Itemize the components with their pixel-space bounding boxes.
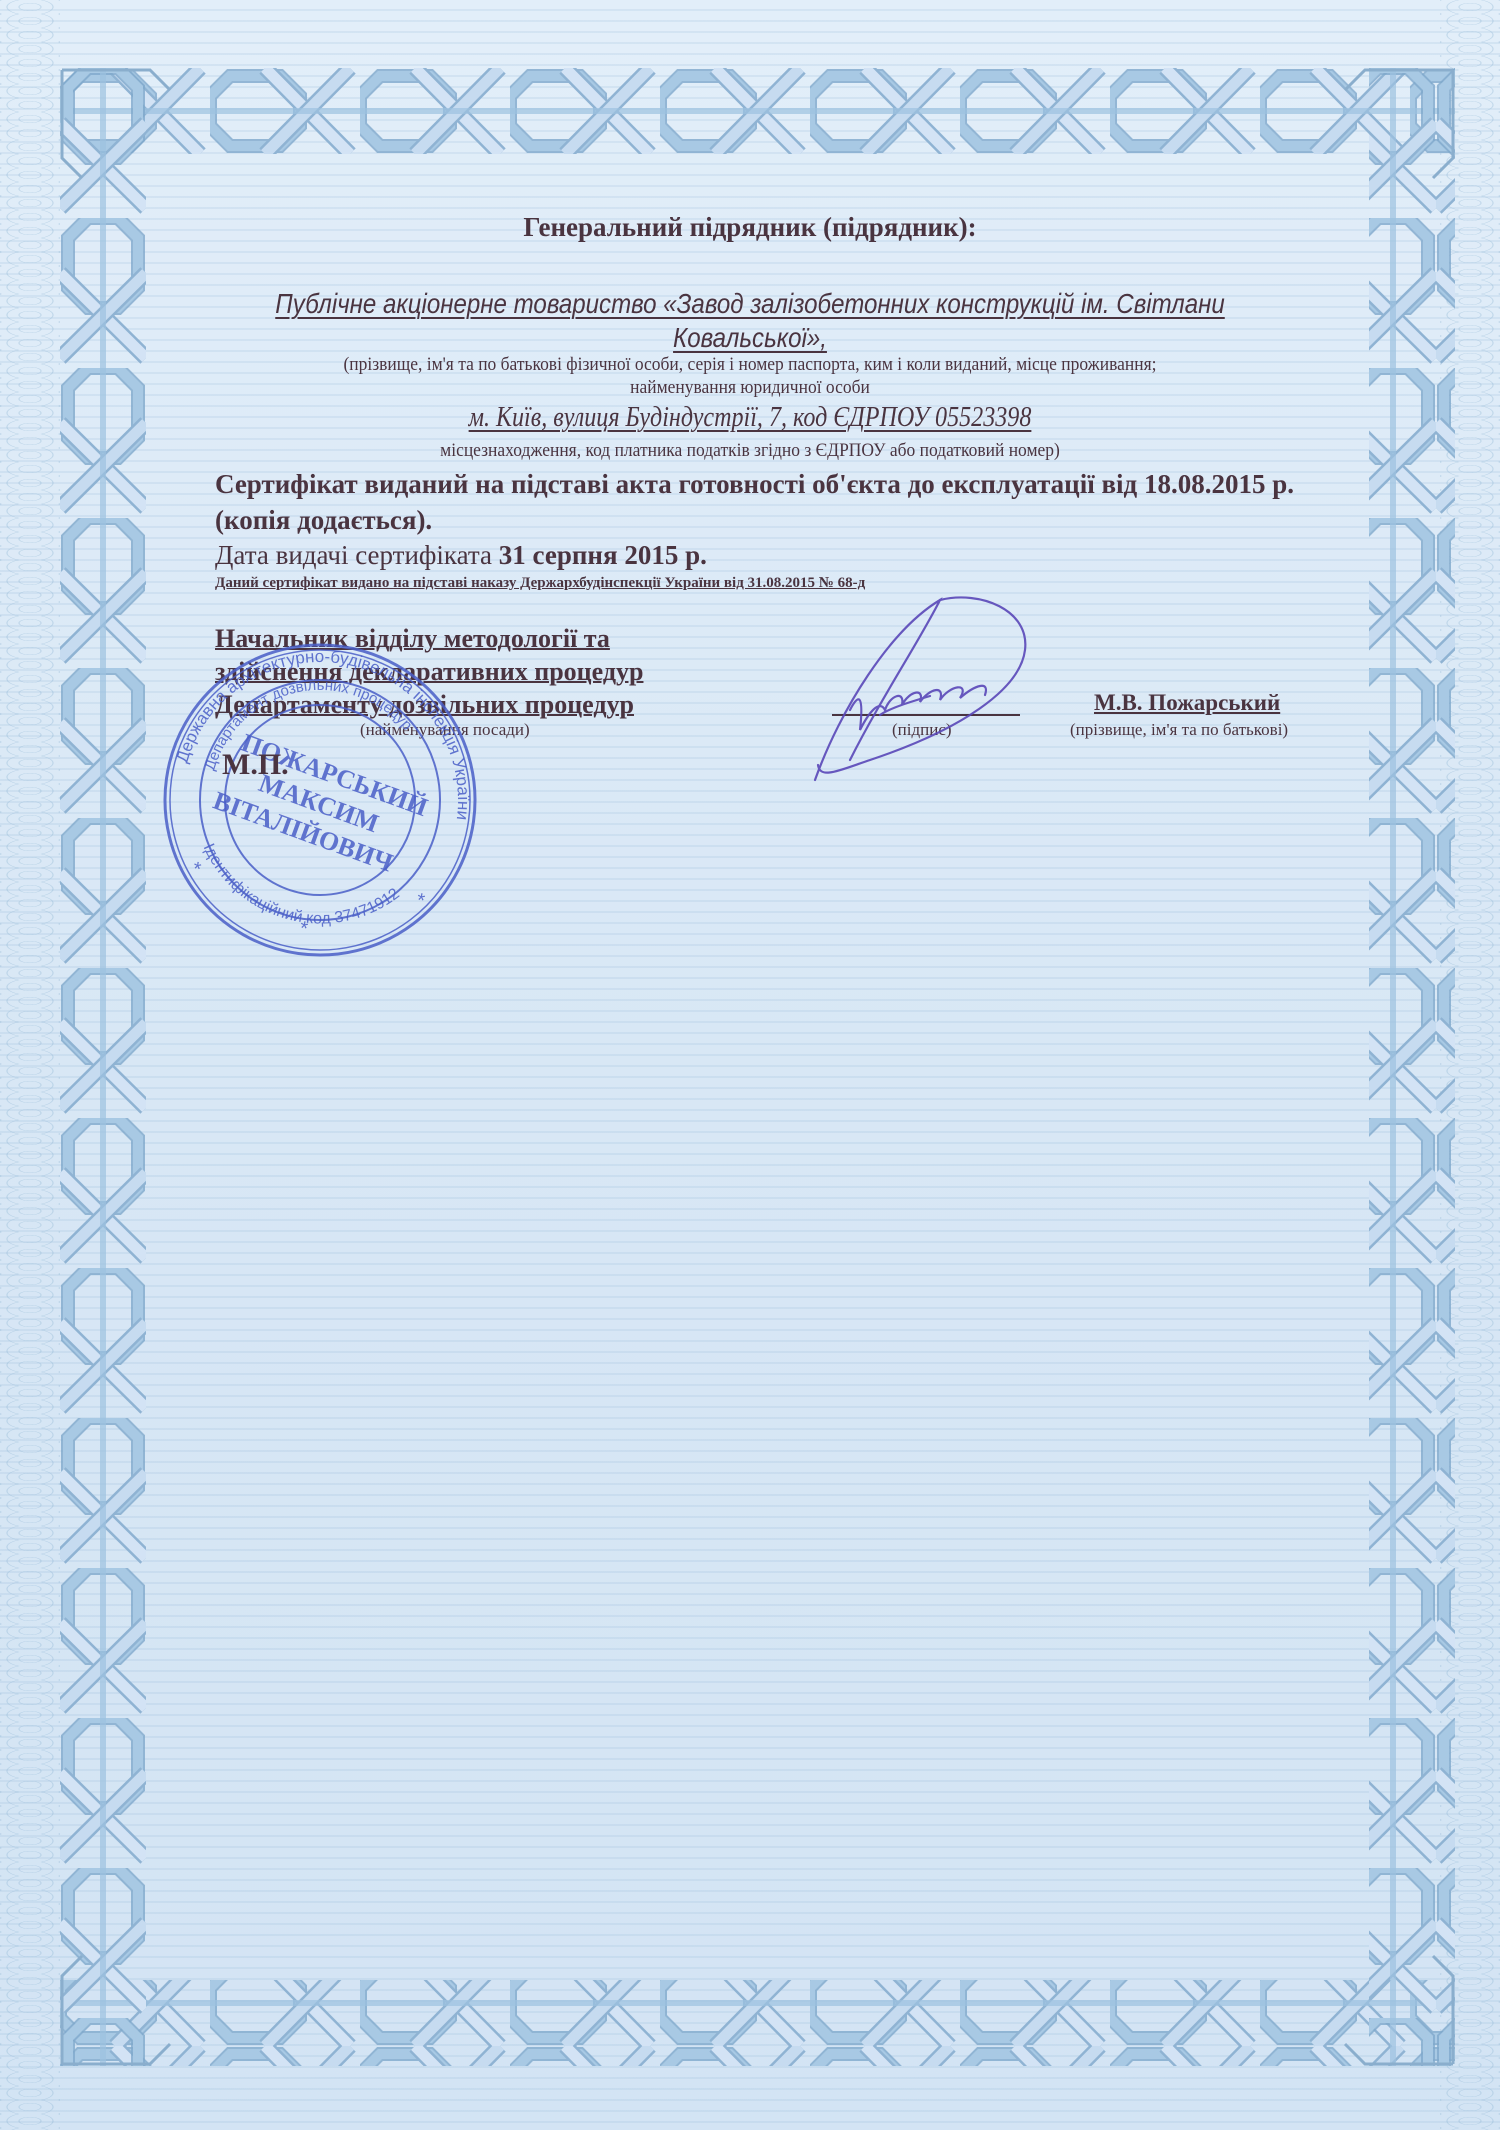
- contractor-heading: Генеральний підрядник (підрядник):: [150, 212, 1350, 243]
- handwritten-signature: [810, 590, 1040, 790]
- company-name-text-1: Публічне акціонерне товариство «Завод за…: [275, 288, 1225, 319]
- issue-date: Дата видачі сертифіката 31 серпня 2015 р…: [215, 540, 707, 571]
- company-address-text: м. Київ, вулиця Будіндустрії, 7, код ЄДР…: [469, 402, 1032, 433]
- svg-text:*: *: [298, 918, 309, 941]
- order-reference: Даний сертифікат видано на підставі нака…: [215, 575, 865, 592]
- issue-date-label: Дата видачі сертифіката: [215, 540, 499, 570]
- company-address: м. Київ, вулиця Будіндустрії, 7, код ЄДР…: [234, 402, 1266, 434]
- company-name-line2: Ковальської»,: [234, 322, 1266, 354]
- issue-date-value: 31 серпня 2015 р.: [499, 540, 707, 570]
- hint-legal-entity: найменування юридичної особи: [198, 377, 1302, 399]
- signer-name: М.В. Пожарський: [1094, 690, 1280, 716]
- hint-address: місцезнаходження, код платника податків …: [198, 440, 1302, 462]
- svg-text:*: *: [415, 890, 426, 913]
- company-name-line1: Публічне акціонерне товариство «Завод за…: [234, 288, 1266, 320]
- certificate-content: Генеральний підрядник (підрядник): Публі…: [0, 0, 1500, 2130]
- company-name-text-2: Ковальської»,: [673, 322, 827, 353]
- seal-mark: М.П.: [222, 748, 289, 782]
- certificate-basis: Сертифікат виданий на підставі акта гото…: [215, 466, 1325, 538]
- svg-text:*: *: [192, 858, 203, 881]
- hint-person: (прізвище, ім'я та по батькові фізичної …: [198, 354, 1302, 376]
- official-stamp: Державна архітектурно-будівельна інспекц…: [160, 640, 480, 960]
- hint-name: (прізвище, ім'я та по батькові): [1070, 720, 1288, 740]
